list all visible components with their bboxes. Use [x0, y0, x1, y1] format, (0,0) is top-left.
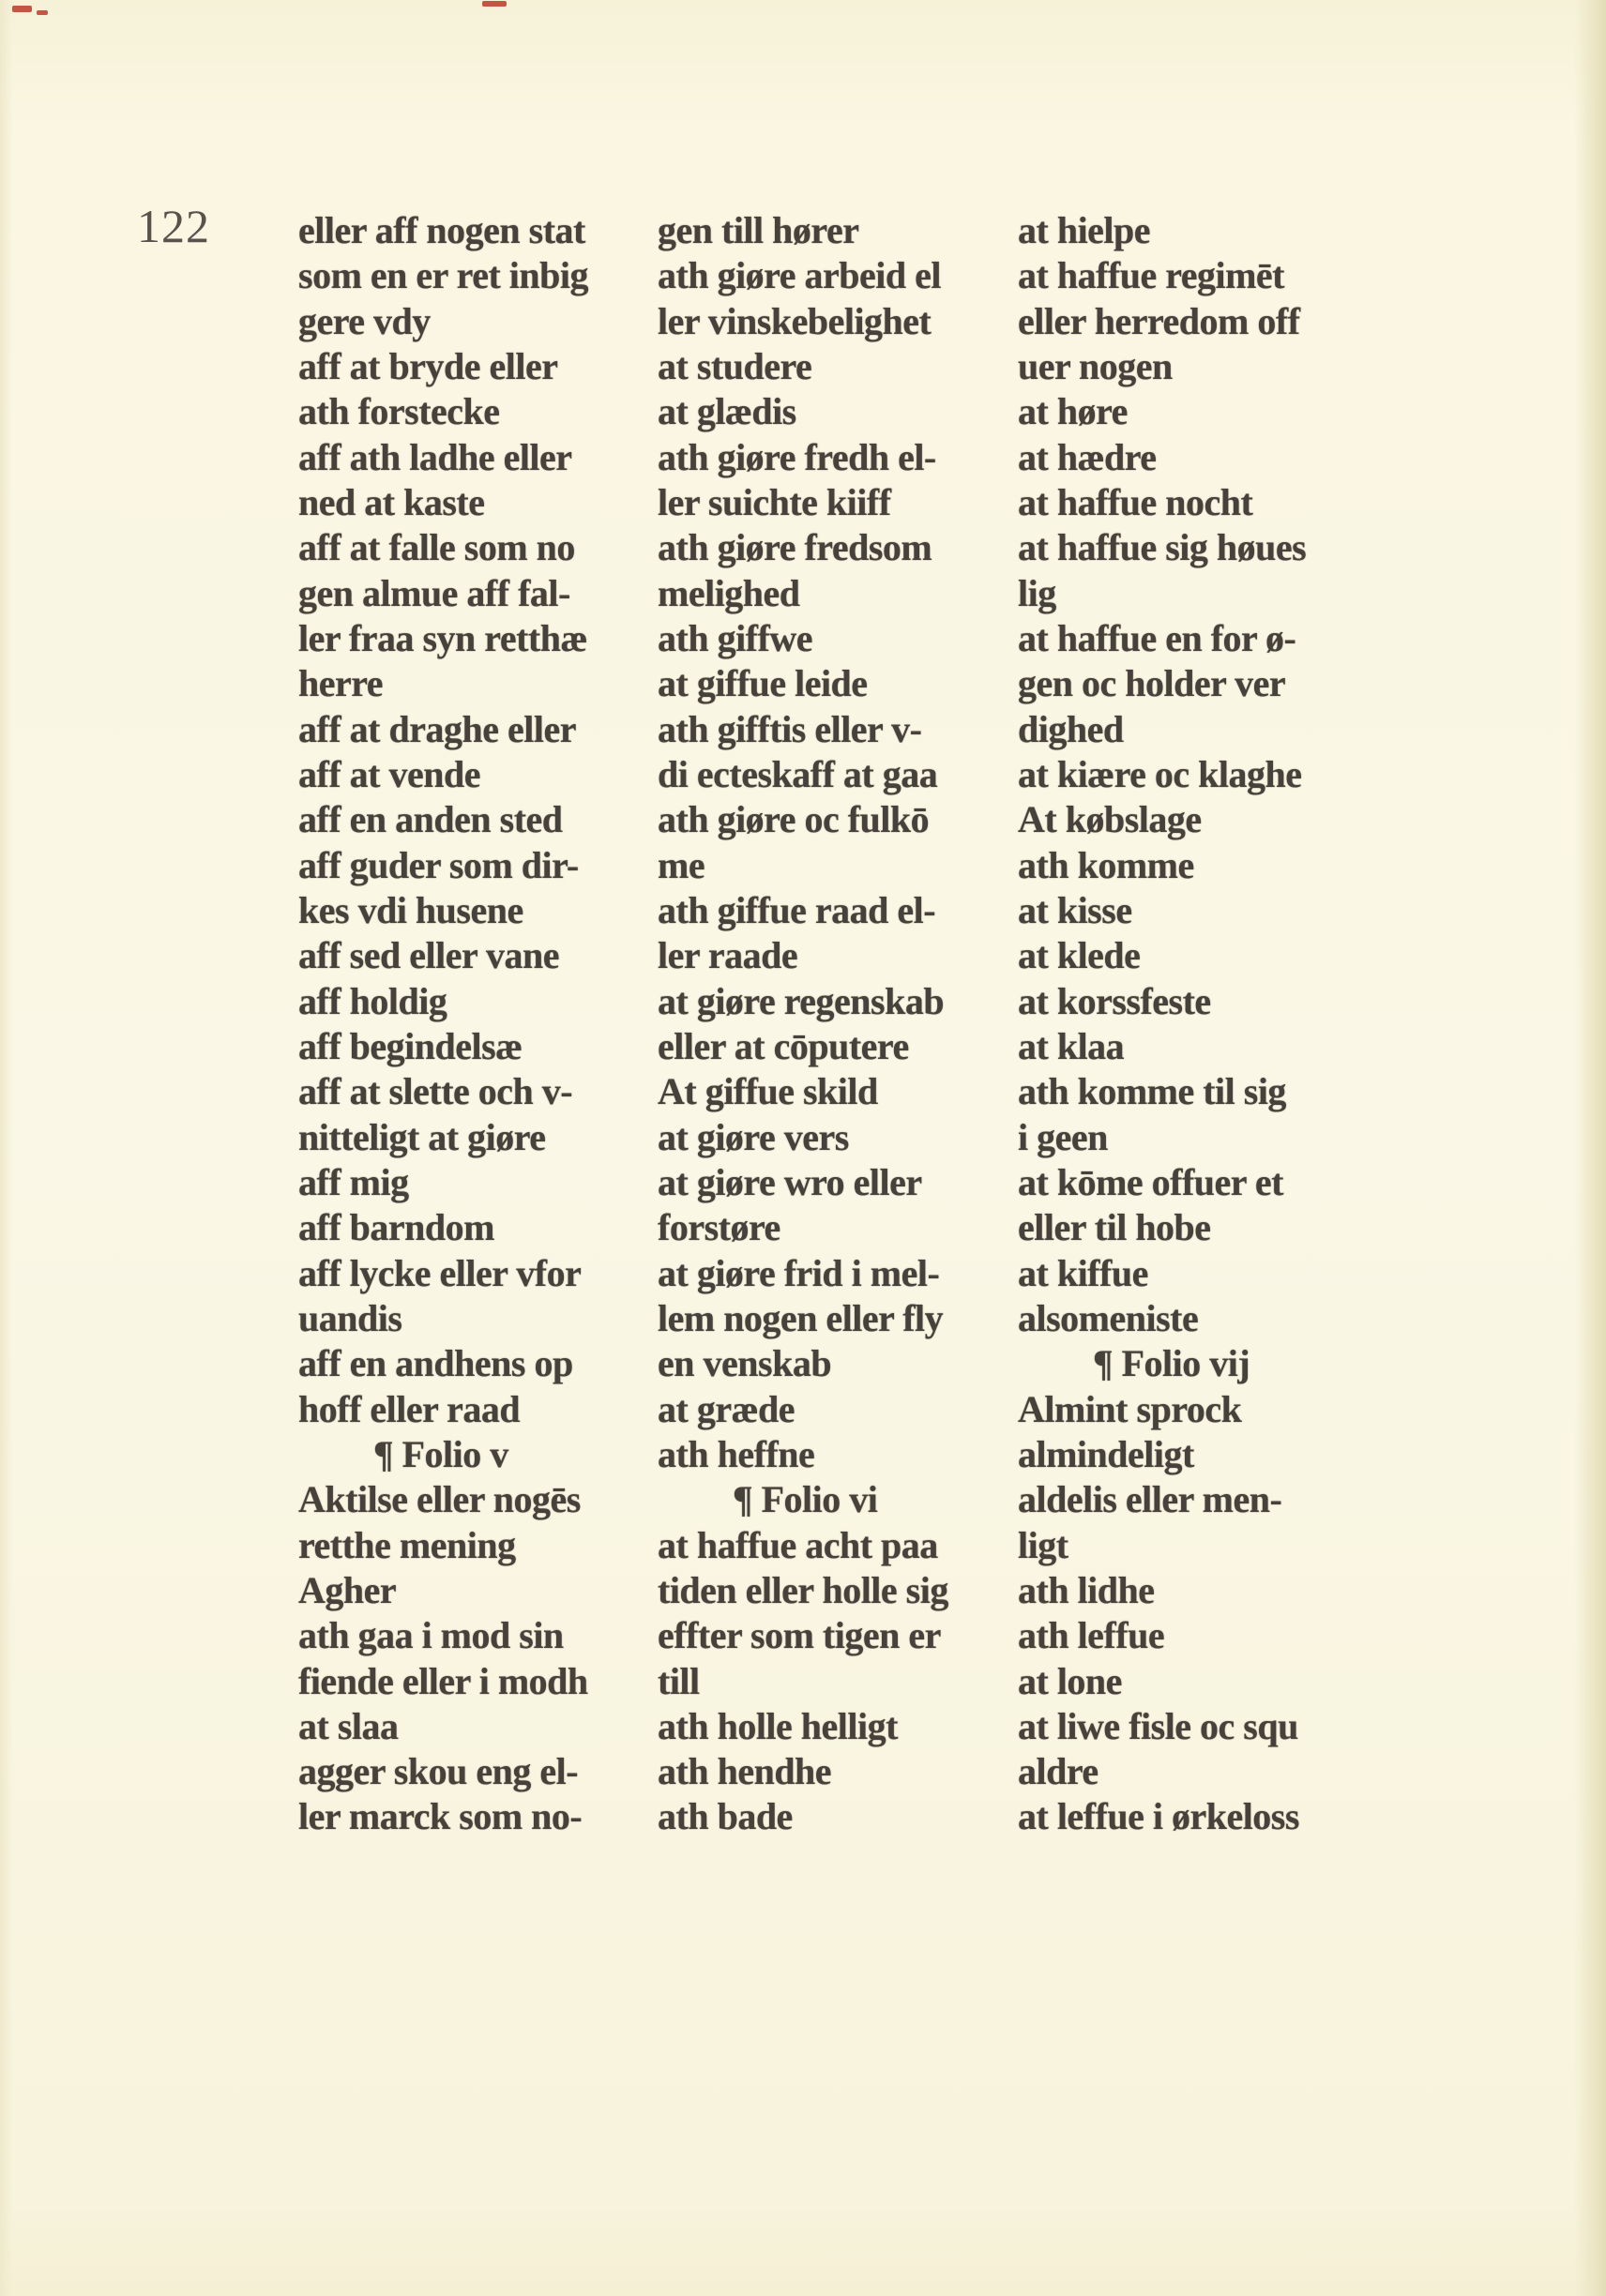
folio-heading: ¶ Folio vij — [1018, 1341, 1412, 1386]
book-page-scan: 122 eller aff nogen statsom en er ret in… — [0, 0, 1606, 2296]
text-line: till — [658, 1659, 1023, 1704]
text-line: eller herredom off — [1018, 299, 1412, 344]
text-line: at liwe fisle oc squ — [1018, 1704, 1412, 1749]
text-line: at haffue en for ø- — [1018, 616, 1412, 661]
text-line: At købslage — [1018, 797, 1412, 842]
text-line: ath holle helligt — [658, 1704, 1023, 1749]
text-line: at hielpe — [1018, 208, 1412, 253]
text-line: ler vinskebelighet — [658, 299, 1023, 344]
text-line: aldelis eller men- — [1018, 1477, 1412, 1522]
text-line: at kōme offuer et — [1018, 1160, 1412, 1205]
text-line: aff at falle som no — [298, 525, 659, 570]
text-line: at studere — [658, 344, 1023, 389]
text-line: at slaa — [298, 1704, 659, 1749]
text-line: Almint sprock — [1018, 1387, 1412, 1432]
text-line: retthe mening — [298, 1523, 659, 1568]
text-line: at giøre vers — [658, 1115, 1023, 1160]
text-line: at haffue nocht — [1018, 480, 1412, 525]
text-line: ler fraa syn retthæ — [298, 616, 659, 661]
text-line: di ecteskaff at gaa — [658, 752, 1023, 797]
text-line: ath bade — [658, 1794, 1023, 1839]
text-line: tiden eller holle sig — [658, 1568, 1023, 1613]
red-ink-artifact — [12, 6, 32, 12]
text-line: aff begindelsæ — [298, 1024, 659, 1069]
text-line: Agher — [298, 1568, 659, 1613]
text-line: aff lycke eller vfor — [298, 1251, 659, 1296]
text-line: aff holdig — [298, 979, 659, 1024]
text-line: at haffue regimēt — [1018, 253, 1412, 298]
text-line: effter som tigen er — [658, 1613, 1023, 1658]
text-line: aff sed eller vane — [298, 933, 659, 978]
text-line: ath giøre fredsom — [658, 525, 1023, 570]
text-line: ath leffue — [1018, 1613, 1412, 1658]
text-line: ath giøre arbeid el — [658, 253, 1023, 298]
text-line: aff at slette och v- — [298, 1069, 659, 1114]
text-line: at giøre wro eller — [658, 1160, 1023, 1205]
text-line: at haffue sig høues — [1018, 525, 1412, 570]
text-line: lem nogen eller fly — [658, 1296, 1023, 1341]
text-line: ath gifftis eller v- — [658, 707, 1023, 752]
text-line: nitteligt at giøre — [298, 1115, 659, 1160]
text-line: alsomeniste — [1018, 1296, 1412, 1341]
text-line: at korssfeste — [1018, 979, 1412, 1024]
text-line: at kiffue — [1018, 1251, 1412, 1296]
text-line: at klaa — [1018, 1024, 1412, 1069]
text-line: at giøre regenskab — [658, 979, 1023, 1024]
text-line: uer nogen — [1018, 344, 1412, 389]
text-line: eller aff nogen stat — [298, 208, 659, 253]
text-line: ler raade — [658, 933, 1023, 978]
text-line: fiende eller i modh — [298, 1659, 659, 1704]
text-line: ler suichte kiiff — [658, 480, 1023, 525]
text-line: som en er ret inbig — [298, 253, 659, 298]
text-line: gen oc holder ver — [1018, 661, 1412, 706]
text-line: at græde — [658, 1387, 1023, 1432]
text-column-right: at hielpeat haffue regimēteller herredom… — [1018, 208, 1412, 1840]
text-line: hoff eller raad — [298, 1387, 659, 1432]
text-line: eller at cōputere — [658, 1024, 1023, 1069]
text-line: at kiære oc klaghe — [1018, 752, 1412, 797]
text-line: gen till hører — [658, 208, 1023, 253]
text-line: aff at draghe eller — [298, 707, 659, 752]
text-line: lig — [1018, 571, 1412, 616]
text-line: at kisse — [1018, 888, 1412, 933]
text-line: at klede — [1018, 933, 1412, 978]
text-line: at giøre frid i mel- — [658, 1251, 1023, 1296]
text-line: ned at kaste — [298, 480, 659, 525]
text-line: ath forstecke — [298, 389, 659, 434]
text-line: at glædis — [658, 389, 1023, 434]
text-line: eller til hobe — [1018, 1205, 1412, 1250]
text-line: ath gaa i mod sin — [298, 1613, 659, 1658]
page-edge-left — [0, 0, 13, 2296]
text-line: kes vdi husene — [298, 888, 659, 933]
text-line: ath komme — [1018, 843, 1412, 888]
text-line: ath komme til sig — [1018, 1069, 1412, 1114]
text-line: at haffue acht paa — [658, 1523, 1023, 1568]
text-line: ath giøre fredh el- — [658, 435, 1023, 480]
text-line: ath giffwe — [658, 616, 1023, 661]
text-line: aff guder som dir- — [298, 843, 659, 888]
text-line: ligt — [1018, 1523, 1412, 1568]
text-line: dighed — [1018, 707, 1412, 752]
page-edge-right — [1574, 0, 1606, 2296]
text-column-left: eller aff nogen statsom en er ret inbigg… — [298, 208, 659, 1840]
text-line: aldre — [1018, 1749, 1412, 1794]
text-line: at høre — [1018, 389, 1412, 434]
folio-heading: ¶ Folio vi — [658, 1477, 1023, 1522]
text-line: at hædre — [1018, 435, 1412, 480]
text-line: at leffue i ørkeloss — [1018, 1794, 1412, 1839]
text-line: gere vdy — [298, 299, 659, 344]
text-line: At giffue skild — [658, 1069, 1023, 1114]
text-line: forstøre — [658, 1205, 1023, 1250]
text-line: ler marck som no- — [298, 1794, 659, 1839]
text-line: aff mig — [298, 1160, 659, 1205]
text-line: ath giøre oc fulkō — [658, 797, 1023, 842]
text-line: ath heffne — [658, 1432, 1023, 1477]
text-line: ath giffue raad el- — [658, 888, 1023, 933]
text-line: me — [658, 843, 1023, 888]
text-line: aff en andhens op — [298, 1341, 659, 1386]
text-line: aff at vende — [298, 752, 659, 797]
text-line: aff at bryde eller — [298, 344, 659, 389]
text-line: almindeligt — [1018, 1432, 1412, 1477]
page-number: 122 — [137, 199, 210, 253]
text-line: uandis — [298, 1296, 659, 1341]
folio-heading: ¶ Folio v — [298, 1432, 659, 1477]
red-ink-artifact — [482, 1, 507, 7]
red-ink-artifact — [37, 10, 48, 15]
text-line: at lone — [1018, 1659, 1412, 1704]
text-line: gen almue aff fal- — [298, 571, 659, 616]
text-line: Aktilse eller nogēs — [298, 1477, 659, 1522]
text-column-middle: gen till hørerath giøre arbeid eller vin… — [658, 208, 1023, 1840]
text-line: agger skou eng el- — [298, 1749, 659, 1794]
text-line: aff ath ladhe eller — [298, 435, 659, 480]
text-line: aff en anden sted — [298, 797, 659, 842]
text-line: melighed — [658, 571, 1023, 616]
text-line: herre — [298, 661, 659, 706]
text-line: ath hendhe — [658, 1749, 1023, 1794]
text-line: aff barndom — [298, 1205, 659, 1250]
text-line: en venskab — [658, 1341, 1023, 1386]
text-line: i geen — [1018, 1115, 1412, 1160]
text-line: at giffue leide — [658, 661, 1023, 706]
text-line: ath lidhe — [1018, 1568, 1412, 1613]
